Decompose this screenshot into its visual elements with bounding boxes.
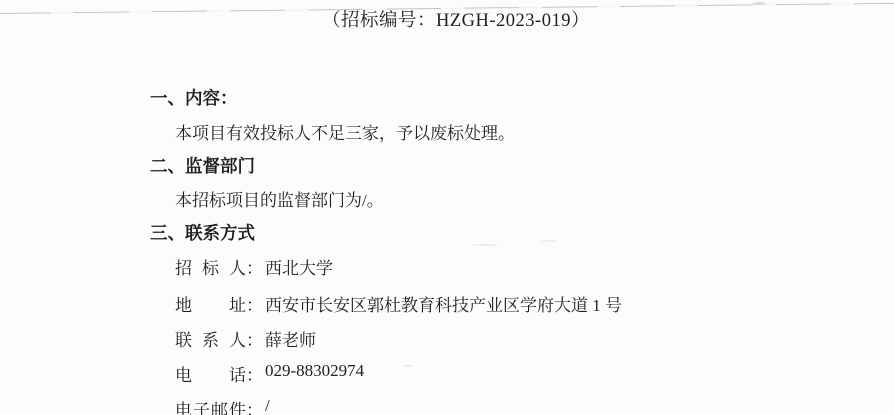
scan-noise-speck	[404, 365, 412, 367]
contact-label: 电话	[175, 361, 246, 386]
scan-noise-speck	[752, 2, 766, 5]
contact-value: 西北大学	[263, 254, 333, 279]
contact-label: 招标人	[175, 254, 246, 279]
contact-row-address: 地址：西安市长安区郭杜教育科技产业区学府大道 1 号	[175, 291, 622, 316]
contact-colon: ：	[246, 291, 263, 316]
contact-value: 薛老师	[263, 326, 316, 351]
contact-row-contact-person: 联系人：薛老师	[175, 326, 316, 351]
contact-value: /	[263, 396, 270, 415]
contact-row-tenderer: 招标人：西北大学	[175, 254, 333, 279]
contact-label: 联系人	[175, 326, 246, 351]
tender-code-header: （招标编号：HZGH-2023-019）	[322, 6, 590, 32]
contact-row-email: 电子邮件：/	[175, 396, 270, 415]
contact-label: 电子邮件	[175, 396, 246, 415]
section-1-heading: 一、内容：	[150, 85, 238, 110]
section-3-heading: 三、联系方式	[150, 220, 255, 245]
scan-noise-speck	[540, 240, 558, 242]
section-1-paragraph: 本项目有效投标人不足三家，予以废标处理。	[175, 119, 515, 144]
contact-colon: ：	[246, 396, 263, 415]
contact-colon: ：	[246, 326, 263, 351]
contact-row-phone: 电话：029-88302974	[175, 361, 364, 386]
scanned-document-page: （招标编号：HZGH-2023-019） 一、内容： 本项目有效投标人不足三家，…	[0, 0, 894, 415]
contact-colon: ：	[246, 254, 263, 279]
contact-colon: ：	[246, 361, 263, 386]
contact-value: 029-88302974	[263, 361, 364, 381]
section-2-heading: 二、监督部门	[150, 153, 255, 178]
scan-noise-speck	[472, 244, 498, 246]
contact-value: 西安市长安区郭杜教育科技产业区学府大道 1 号	[263, 291, 622, 316]
section-2-paragraph: 本招标项目的监督部门为/。	[175, 186, 384, 211]
contact-label: 地址	[175, 291, 246, 316]
